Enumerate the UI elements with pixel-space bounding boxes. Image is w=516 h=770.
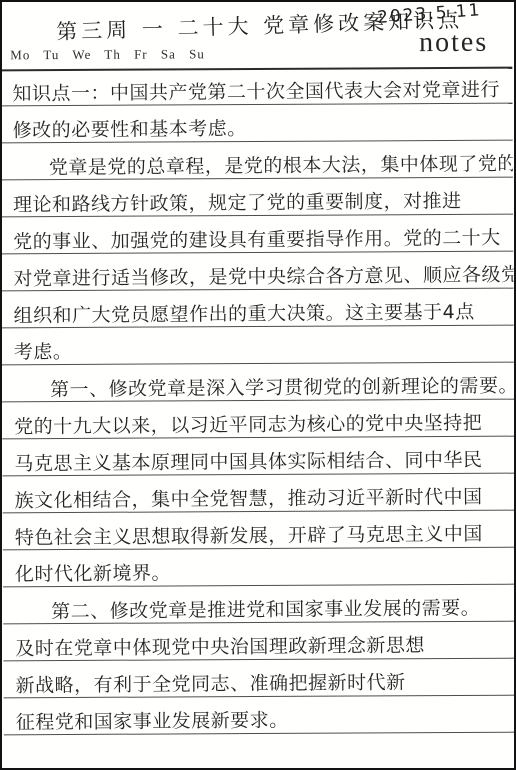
handwritten-text: 党的事业、加强党的建设具有重要指导作用。党的二十大 — [13, 229, 501, 253]
handwritten-text: 第一、修改党章是深入学习贯彻党的创新理论的需要。 — [50, 377, 514, 401]
handwritten-text: 第二、修改党章是推进党和国家事业发展的需要。 — [51, 599, 480, 623]
handwritten-text: 知识点一：中国共产党第二十次全国代表大会对党章进行 — [12, 81, 500, 105]
handwritten-text: 党的十九大以来，以习近平同志为核心的党中央坚持把 — [14, 414, 482, 438]
ruled-line: 考虑。 — [2, 326, 514, 366]
ruled-line: 第二、修改党章是推进党和国家事业发展的需要。 — [3, 585, 515, 625]
handwritten-text: 对党章进行适当修改，是党中央综合各方意见、顺应各级党 — [13, 266, 513, 290]
handwritten-text: 化时代化新境界。 — [15, 564, 171, 585]
page-content: 第三周 一 二十大 党章修改案知识点 Mo Tu We Th Fr Sa Su … — [0, 1, 516, 770]
ruled-line: 组织和广大党员愿望作出的重大决策。这主要基于4点 — [2, 289, 514, 329]
handwritten-text: 修改的必要性和基本考虑。 — [13, 120, 247, 142]
handwritten-text: 理论和路线方针政策，规定了党的重要制度，对推进 — [13, 192, 462, 216]
ruled-body: 知识点一：中国共产党第二十次全国代表大会对党章进行 修改的必要性和基本考虑。 党… — [0, 67, 515, 736]
ruled-line: 党的十九大以来，以习近平同志为核心的党中央坚持把 — [2, 400, 514, 440]
handwritten-date: 2023.5.11 — [377, 0, 483, 28]
ruled-line: 新战略，有利于全党同志、准确把握新时代新 — [3, 659, 515, 699]
ruled-line: 征程党和国家事业发展新要求。 — [4, 696, 516, 736]
ruled-line: 马克思主义基本原理同中国具体实际相结合、同中华民 — [2, 437, 514, 477]
handwritten-text: 及时在党章中体现党中央治国理政新理念新思想 — [15, 636, 425, 660]
ruled-line: 知识点一：中国共产党第二十次全国代表大会对党章进行 — [0, 67, 512, 107]
ruled-line: 族文化相结合，集中全党智慧，推动习近平新时代中国 — [2, 474, 514, 514]
ruled-line: 及时在党章中体现党中央治国理政新理念新思想 — [3, 622, 515, 662]
notes-label: notes — [419, 27, 488, 59]
ruled-line: 化时代化新境界。 — [3, 548, 515, 588]
handwritten-text: 组织和广大党员愿望作出的重大决策。这主要基于4点 — [14, 303, 475, 327]
ruled-line: 特色社会主义思想取得新发展，开辟了马克思主义中国 — [3, 511, 515, 551]
handwritten-text: 考虑。 — [14, 343, 73, 363]
handwritten-text: 新战略，有利于全党同志、准确把握新时代新 — [15, 674, 405, 697]
handwritten-text: 马克思主义基本原理同中国具体实际相结合、同中华民 — [14, 451, 482, 475]
ruled-line: 修改的必要性和基本考虑。 — [1, 104, 513, 144]
ruled-line: 党的事业、加强党的建设具有重要指导作用。党的二十大 — [1, 215, 513, 255]
handwritten-text: 征程党和国家事业发展新要求。 — [16, 711, 289, 733]
weekday-labels: Mo Tu We Th Fr Sa Su — [10, 46, 205, 63]
ruled-line: 对党章进行适当修改，是党中央综合各方意见、顺应各级党 — [1, 252, 513, 292]
page-header: 第三周 一 二十大 党章修改案知识点 Mo Tu We Th Fr Sa Su … — [0, 1, 512, 72]
ruled-line: 理论和路线方针政策，规定了党的重要制度，对推进 — [1, 178, 513, 218]
handwritten-text: 特色社会主义思想取得新发展，开辟了马克思主义中国 — [15, 525, 483, 549]
ruled-line: 党章是党的总章程，是党的根本大法，集中体现了党的 — [1, 141, 513, 181]
ruled-line: 第一、修改党章是深入学习贯彻党的创新理论的需要。 — [2, 363, 514, 403]
handwritten-text: 族文化相结合，集中全党智慧，推动习近平新时代中国 — [15, 488, 483, 512]
notebook-page: 第三周 一 二十大 党章修改案知识点 Mo Tu We Th Fr Sa Su … — [0, 0, 516, 770]
handwritten-text: 党章是党的总章程，是党的根本大法，集中体现了党的 — [49, 155, 513, 179]
